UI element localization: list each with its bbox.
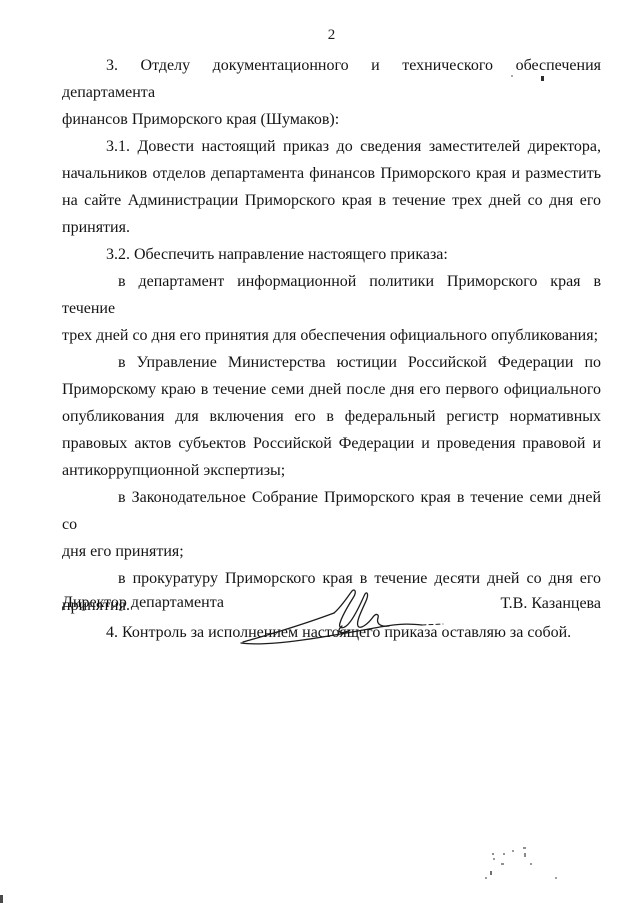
text-line: начальников отделов департамента финансо… — [62, 160, 601, 187]
page-number: 2 — [62, 27, 601, 44]
paragraph: 3.2. Обеспечить направление настоящего п… — [62, 241, 601, 268]
text-line: в Управление Министерства юстиции Россий… — [62, 349, 601, 376]
signatory-position-label: Директор департамента — [62, 593, 224, 613]
scan-speck — [0, 895, 3, 903]
scan-speck — [511, 75, 513, 77]
paragraph: 3. Отделу документационного и техническо… — [62, 52, 601, 133]
text-line: 3. Отделу документационного и техническо… — [62, 52, 601, 106]
document-body: 3. Отделу документационного и техническо… — [62, 52, 601, 646]
paragraph: в Законодательное Собрание Приморского к… — [62, 484, 601, 565]
scan-speck — [523, 847, 526, 849]
paragraph: 3.1. Довести настоящий приказ до сведени… — [62, 133, 601, 241]
scan-speck — [555, 877, 557, 879]
document-page: 2 3. Отделу документационного и техничес… — [0, 0, 640, 905]
signatory-name: Т.В. Казанцева — [501, 594, 602, 614]
text-line: в департамент информационной политики Пр… — [62, 268, 601, 322]
scan-speck — [493, 858, 495, 860]
text-line: Приморскому краю в течение семи дней пос… — [62, 376, 601, 403]
handwritten-signature-icon — [230, 586, 445, 648]
text-line: 3.2. Обеспечить направление настоящего п… — [62, 241, 601, 268]
scan-speck — [524, 853, 526, 857]
scan-speck — [490, 871, 492, 875]
text-line: трех дней со дня его принятия для обеспе… — [62, 322, 601, 349]
text-line: антикоррупционной экспертизы; — [62, 457, 601, 484]
scan-speck — [530, 863, 532, 865]
text-line: дня его принятия; — [62, 538, 601, 565]
scan-speck — [541, 76, 544, 81]
text-line: опубликования для включения его в федера… — [62, 403, 601, 430]
text-line: на сайте Администрации Приморского края … — [62, 187, 601, 214]
text-line: 3.1. Довести настоящий приказ до сведени… — [62, 133, 601, 160]
text-line: в Законодательное Собрание Приморского к… — [62, 484, 601, 538]
paragraph: в Управление Министерства юстиции Россий… — [62, 349, 601, 484]
scan-speck — [492, 853, 494, 855]
text-line: принятия. — [62, 214, 601, 241]
scan-speck — [503, 853, 505, 855]
text-line: финансов Приморского края (Шумаков): — [62, 106, 601, 133]
scan-speck — [512, 850, 514, 852]
text-line: правовых актов субъектов Российской Феде… — [62, 430, 601, 457]
scan-speck — [485, 877, 487, 879]
scan-speck — [501, 863, 504, 865]
paragraph: в департамент информационной политики Пр… — [62, 268, 601, 349]
